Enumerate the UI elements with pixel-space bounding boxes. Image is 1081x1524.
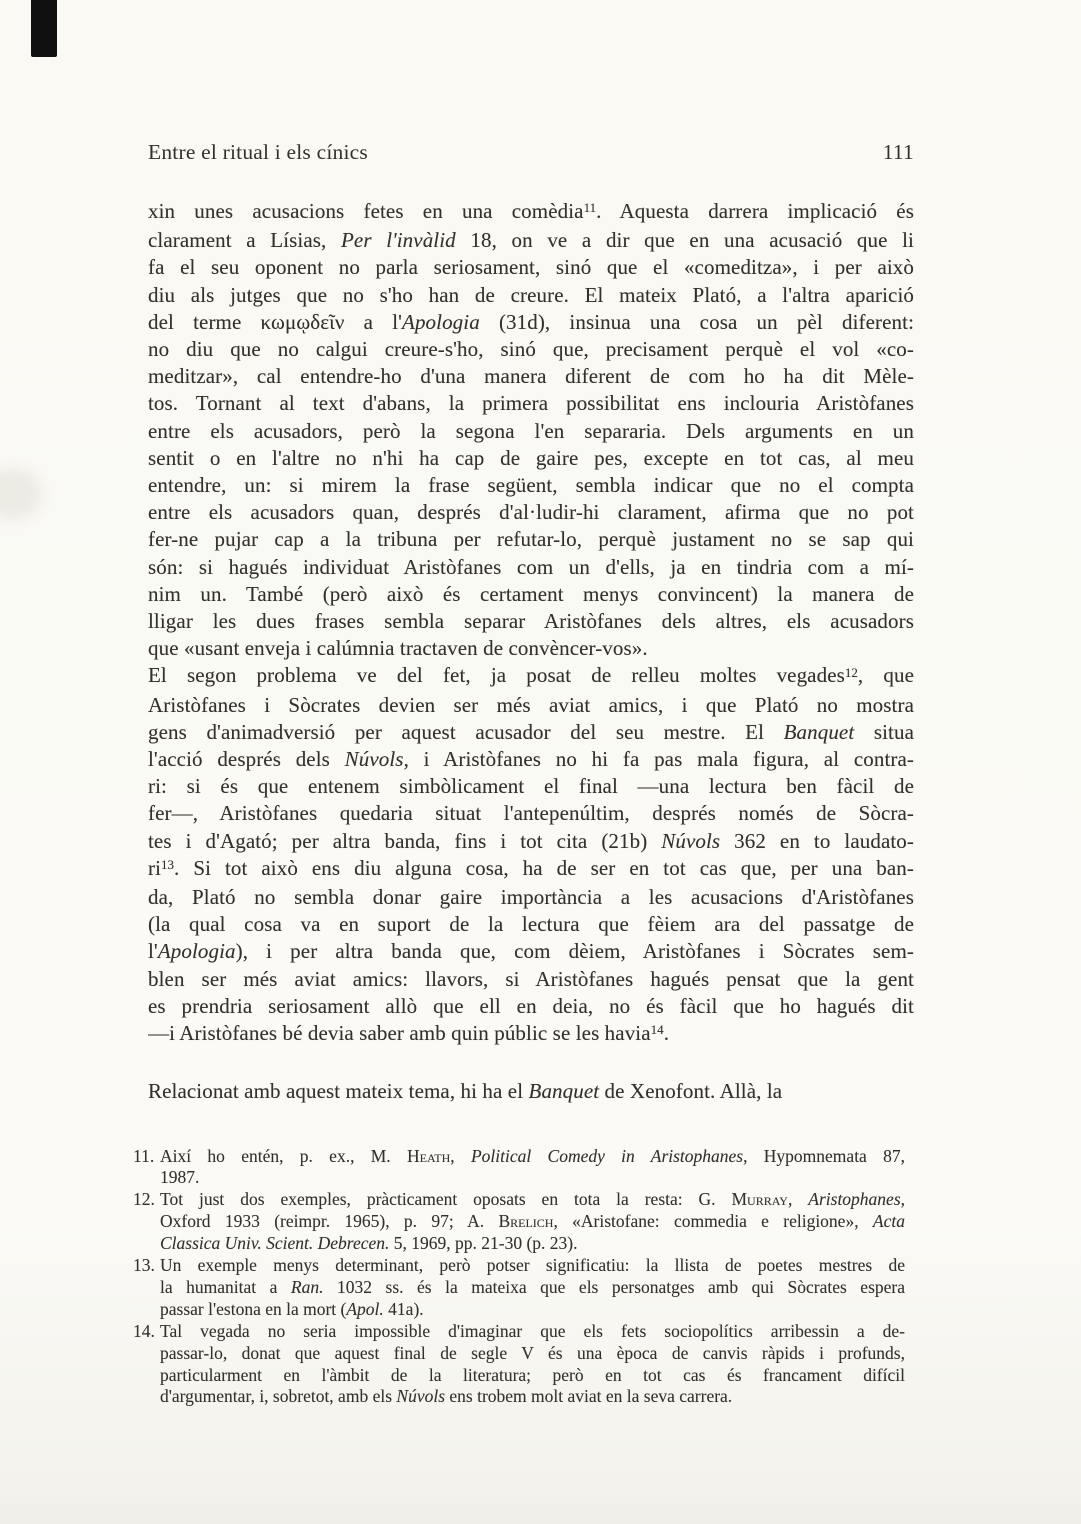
text-run: són: si hagués individuat Aristòfanes co…: [148, 555, 914, 579]
text-run: ,: [788, 1189, 808, 1209]
text-run: . Aquesta darrera implicació és: [596, 199, 914, 223]
text-run: ,: [450, 1146, 471, 1166]
text-run: es prendria seriosament allò que ell en …: [148, 994, 914, 1018]
footnote-text: Així ho entén, p. ex., M. Heath, Politic…: [160, 1146, 905, 1190]
text-run: del terme κωμῳδεῖν a l': [148, 310, 402, 334]
text-line: nim un. També (però això és certament me…: [148, 581, 914, 608]
text-run: Acta: [873, 1211, 905, 1231]
text-run: nim un. També (però això és certament me…: [148, 582, 914, 606]
text-line: tos. Tornant al text d'abans, la primera…: [148, 390, 914, 417]
footnote-11: 11. Així ho entén, p. ex., M. Heath, Pol…: [133, 1146, 905, 1190]
footnote-text: Tal vegada no seria impossible d'imagina…: [160, 1321, 905, 1409]
text-run: Aristòfanes i Sòcrates devien ser més av…: [148, 693, 914, 717]
text-run: ri: [148, 856, 161, 880]
text-run: situa: [854, 720, 914, 744]
page-header: Entre el ritual i els cínics 111: [148, 139, 914, 165]
text-run: Banquet: [784, 720, 855, 744]
text-run: , i Aristòfanes no hi fa pas mala figura…: [404, 747, 914, 771]
text-line: xin unes acusacions fetes en una comèdia…: [148, 198, 914, 227]
text-line: entendre, un: si mirem la frase següent,…: [148, 472, 914, 499]
text-run: Political Comedy in Aristophanes: [471, 1146, 743, 1166]
page-number: 111: [883, 139, 914, 165]
text-run: ,: [901, 1189, 905, 1209]
text-run: . Si tot això ens diu alguna cosa, ha de…: [174, 856, 914, 880]
text-run: da, Plató no sembla donar gaire importàn…: [148, 885, 914, 909]
text-run: ens trobem molt aviat en la seva carrera…: [445, 1386, 732, 1406]
text-line: 1987.: [160, 1167, 905, 1189]
text-line: Tal vegada no seria impossible d'imagina…: [160, 1321, 905, 1343]
text-line: ri13. Si tot això ens diu alguna cosa, h…: [148, 855, 914, 884]
text-line: gens d'animadversió per aquest acusador …: [148, 719, 914, 746]
text-line: Oxford 1933 (reimpr. 1965), p. 97; A. Br…: [160, 1211, 905, 1233]
text-run: no diu que no calgui creure-s'ho, sinó q…: [148, 337, 914, 361]
paragraph-3: Relacionat amb aquest mateix tema, hi ha…: [148, 1078, 914, 1105]
scan-artifact-mark: [31, 0, 57, 57]
text-line: clarament a Lísias, Per l'invàlid 18, on…: [148, 227, 914, 254]
text-line: l'acció després dels Núvols, i Aristòfan…: [148, 746, 914, 773]
text-run: 41a).: [384, 1299, 424, 1319]
text-line: Tot just dos exemples, pràcticament opos…: [160, 1189, 905, 1211]
text-run: Per l'invàlid: [341, 228, 456, 252]
text-run: blen ser més aviat amics: llavors, si Ar…: [148, 967, 914, 991]
text-run: l'acció després dels: [148, 747, 345, 771]
text-run: El segon problema ve del fet, ja posat d…: [148, 663, 845, 687]
text-run: Murray: [731, 1189, 787, 1209]
text-line: entre els acusadors quan, després d'al·l…: [148, 499, 914, 526]
text-run: diu als jutges que no s'ho han de creure…: [148, 283, 914, 307]
text-line: Un exemple menys determinant, però potse…: [160, 1255, 905, 1277]
text-line: es prendria seriosament allò que ell en …: [148, 993, 914, 1020]
text-run: xin unes acusacions fetes en una comèdia: [148, 199, 584, 223]
text-line: passar-lo, donat que aquest final de seg…: [160, 1343, 905, 1365]
text-run: , Hypomnemata 87,: [743, 1146, 905, 1166]
text-line: Relacionat amb aquest mateix tema, hi ha…: [148, 1078, 914, 1105]
text-run: 362 en to laudato-: [720, 829, 914, 853]
text-line: da, Plató no sembla donar gaire importàn…: [148, 884, 914, 911]
text-line: són: si hagués individuat Aristòfanes co…: [148, 554, 914, 581]
text-line: particularment en l'àmbit de la literatu…: [160, 1365, 905, 1387]
text-run: Tot just dos exemples, pràcticament opos…: [160, 1189, 731, 1209]
text-line: d'argumentar, i, sobretot, amb els Núvol…: [160, 1386, 905, 1408]
text-run: particularment en l'àmbit de la literatu…: [160, 1365, 905, 1385]
text-line: fer-ne pujar cap a la tribuna per refuta…: [148, 526, 914, 553]
text-run: Oxford 1933 (reimpr. 1965), p. 97; A.: [160, 1211, 498, 1231]
paragraph-2: El segon problema ve del fet, ja posat d…: [148, 662, 914, 1049]
footnote-reference: 14: [651, 1022, 664, 1037]
text-line: entre els acusadors, però la segona l'en…: [148, 418, 914, 445]
text-run: sentit o en l'altre no n'hi ha cap de ga…: [148, 446, 914, 470]
page-content: Entre el ritual i els cínics 111 xin une…: [148, 139, 914, 1408]
footnote-13: 13. Un exemple menys determinant, però p…: [133, 1255, 905, 1321]
text-run: Banquet: [529, 1079, 600, 1103]
text-run: ), i per altra banda que, com dèiem, Ari…: [236, 939, 914, 963]
text-run: Relacionat amb aquest mateix tema, hi ha…: [148, 1079, 529, 1103]
text-line: passar l'estona en la mort (Apol. 41a).: [160, 1299, 905, 1321]
text-line: sentit o en l'altre no n'hi ha cap de ga…: [148, 445, 914, 472]
footnotes-section: 11. Així ho entén, p. ex., M. Heath, Pol…: [133, 1146, 905, 1409]
scan-smudge: [0, 468, 42, 520]
text-run: 1032 ss. és la mateixa que els personatg…: [324, 1277, 906, 1297]
text-run: de Xenofont. Allà, la: [599, 1079, 782, 1103]
text-run: (31d), insinua una cosa un pèl diferent:: [480, 310, 914, 334]
footnote-number: 12.: [133, 1189, 155, 1211]
text-run: , «Aristofane: commedia e religione»,: [553, 1211, 872, 1231]
text-run: meditzar», cal entendre-ho d'una manera …: [148, 364, 914, 388]
footnote-14: 14. Tal vegada no seria impossible d'ima…: [133, 1321, 905, 1409]
text-run: l': [148, 939, 158, 963]
text-line: blen ser més aviat amics: llavors, si Ar…: [148, 966, 914, 993]
text-run: entendre, un: si mirem la frase següent,…: [148, 473, 914, 497]
text-run: Apol.: [346, 1299, 383, 1319]
text-run: .: [664, 1021, 669, 1045]
footnote-reference: 11: [584, 200, 597, 215]
text-line: que «usant enveja i calúmnia tractaven d…: [148, 635, 914, 662]
text-line: (la qual cosa va en suport de la lectura…: [148, 911, 914, 938]
paragraph-1: xin unes acusacions fetes en una comèdia…: [148, 198, 914, 662]
text-run: passar-lo, donat que aquest final de seg…: [160, 1343, 905, 1363]
scanned-book-page: Entre el ritual i els cínics 111 xin une…: [0, 0, 1081, 1524]
text-run: Classica Univ. Scient. Debrecen.: [160, 1233, 389, 1253]
footnote-text: Tot just dos exemples, pràcticament opos…: [160, 1189, 905, 1255]
text-line: —i Aristòfanes bé devia saber amb quin p…: [148, 1020, 914, 1049]
text-run: Heath: [407, 1146, 450, 1166]
text-line: tes i d'Agató; per altra banda, fins i t…: [148, 828, 914, 855]
footnote-reference: 13: [161, 857, 174, 872]
text-line: lligar les dues frases sembla separar Ar…: [148, 608, 914, 635]
text-line: ri: si és que entenem simbòlicament el f…: [148, 773, 914, 800]
text-run: ri: si és que entenem simbòlicament el f…: [148, 774, 914, 798]
text-line: del terme κωμῳδεῖν a l'Apologia (31d), i…: [148, 309, 914, 336]
text-run: tos. Tornant al text d'abans, la primera…: [148, 391, 914, 415]
running-title: Entre el ritual i els cínics: [148, 139, 368, 165]
text-run: Núvols: [396, 1386, 445, 1406]
text-run: 18, on ve a dir que en una acusació que …: [456, 228, 914, 252]
text-run: Núvols: [345, 747, 404, 771]
text-line: no diu que no calgui creure-s'ho, sinó q…: [148, 336, 914, 363]
text-run: (la qual cosa va en suport de la lectura…: [148, 912, 914, 936]
text-run: gens d'animadversió per aquest acusador …: [148, 720, 784, 744]
footnote-reference: 12: [845, 665, 858, 680]
text-run: la humanitat a: [160, 1277, 291, 1297]
text-run: d'argumentar, i, sobretot, amb els: [160, 1386, 396, 1406]
text-run: passar l'estona en la mort (: [160, 1299, 346, 1319]
text-line: Classica Univ. Scient. Debrecen. 5, 1969…: [160, 1233, 905, 1255]
text-run: entre els acusadors, però la segona l'en…: [148, 419, 914, 443]
text-line: El segon problema ve del fet, ja posat d…: [148, 662, 914, 691]
footnote-number: 13.: [133, 1255, 155, 1277]
text-run: Ran.: [291, 1277, 324, 1297]
text-line: fa el seu oponent no parla seriosament, …: [148, 254, 914, 281]
text-line: la humanitat a Ran. 1032 ss. és la matei…: [160, 1277, 905, 1299]
text-run: 5, 1969, pp. 21-30 (p. 23).: [389, 1233, 577, 1253]
footnote-number: 14.: [133, 1321, 155, 1343]
text-line: l'Apologia), i per altra banda que, com …: [148, 938, 914, 965]
text-line: fer—, Aristòfanes quedaria situat l'ante…: [148, 800, 914, 827]
text-run: Tal vegada no seria impossible d'imagina…: [160, 1321, 905, 1341]
text-line: diu als jutges que no s'ho han de creure…: [148, 282, 914, 309]
text-line: meditzar», cal entendre-ho d'una manera …: [148, 363, 914, 390]
text-run: entre els acusadors quan, després d'al·l…: [148, 500, 914, 524]
text-run: Aristophanes: [808, 1189, 900, 1209]
text-run: lligar les dues frases sembla separar Ar…: [148, 609, 914, 633]
text-run: Apologia: [402, 310, 480, 334]
text-run: Un exemple menys determinant, però potse…: [160, 1255, 905, 1275]
text-line: Aristòfanes i Sòcrates devien ser més av…: [148, 692, 914, 719]
text-run: fa el seu oponent no parla seriosament, …: [148, 255, 914, 279]
text-run: que «usant enveja i calúmnia tractaven d…: [148, 636, 648, 660]
text-line: Així ho entén, p. ex., M. Heath, Politic…: [160, 1146, 905, 1168]
text-run: fer—, Aristòfanes quedaria situat l'ante…: [148, 801, 914, 825]
text-run: clarament a Lísias,: [148, 228, 341, 252]
footnote-number: 11.: [133, 1146, 154, 1168]
footnote-text: Un exemple menys determinant, però potse…: [160, 1255, 905, 1321]
text-run: , que: [858, 663, 914, 687]
text-run: —i Aristòfanes bé devia saber amb quin p…: [148, 1021, 651, 1045]
body-text: xin unes acusacions fetes en una comèdia…: [148, 198, 914, 1106]
text-run: Així ho entén, p. ex., M.: [160, 1146, 407, 1166]
text-run: 1987.: [160, 1167, 199, 1187]
text-run: Núvols: [661, 829, 720, 853]
text-run: tes i d'Agató; per altra banda, fins i t…: [148, 829, 661, 853]
text-run: Brelich: [498, 1211, 553, 1231]
footnote-12: 12. Tot just dos exemples, pràcticament …: [133, 1189, 905, 1255]
text-run: fer-ne pujar cap a la tribuna per refuta…: [148, 527, 914, 551]
text-run: Apologia: [158, 939, 236, 963]
